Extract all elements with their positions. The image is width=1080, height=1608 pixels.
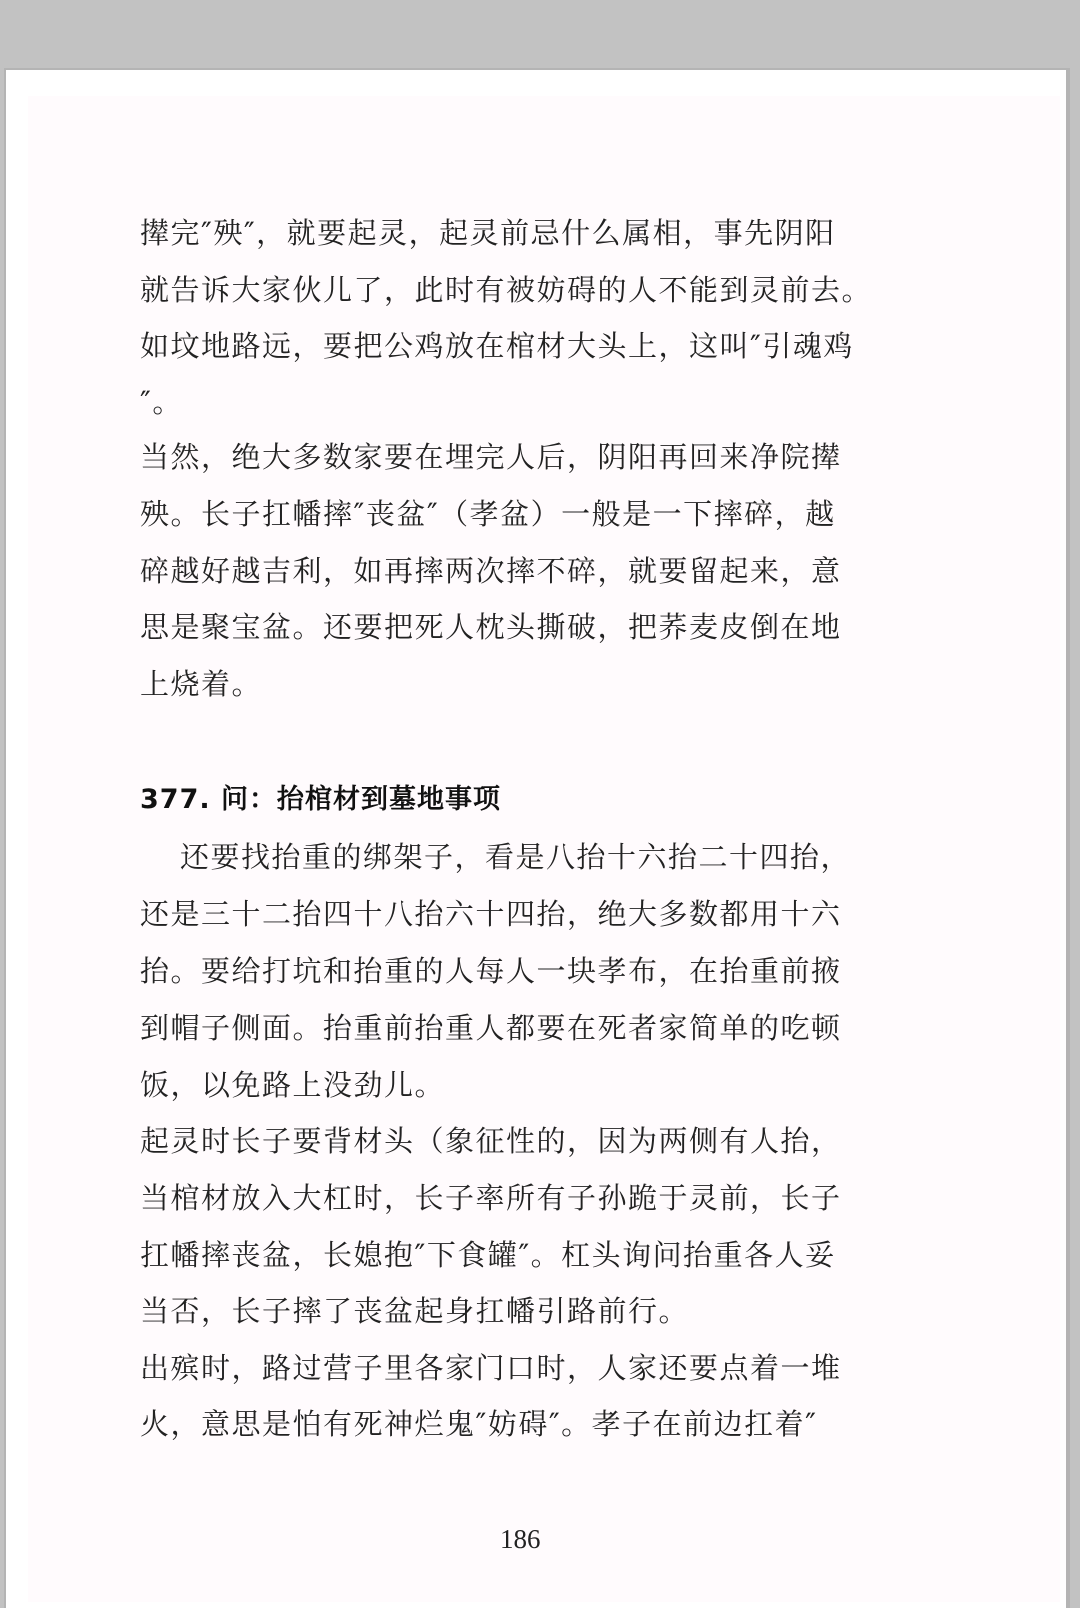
text-line: 撵完″殃″，就要起灵，起灵前忌什么属相，事先阴阳 [140, 213, 836, 253]
page-number: 186 [500, 1524, 600, 1555]
text-line: 饭，以免路上没劲儿。 [140, 1065, 445, 1105]
text-line: 思是聚宝盆。还要把死人枕头撕破，把荞麦皮倒在地 [140, 607, 842, 647]
text-line: 起灵时长子要背材头（象征性的，因为两侧有人抬， [140, 1121, 842, 1161]
text-line: 如坟地路远，要把公鸡放在棺材大头上，这叫″引魂鸡 [140, 326, 854, 366]
text-line: 当棺材放入大杠时，长子率所有子孙跪于灵前，长子 [140, 1178, 842, 1218]
text-line: ″。 [140, 382, 183, 422]
text-line: 当然，绝大多数家要在埋完人后，阴阳再回来净院撵 [140, 437, 842, 477]
text-line: 碎越好越吉利，如再摔两次摔不碎，就要留起来，意 [140, 551, 842, 591]
text-line: 出殡时，路过营子里各家门口时，人家还要点着一堆 [140, 1348, 842, 1388]
text-line: 火，意思是怕有死神烂鬼″妨碍″。孝子在前边扛着″ [140, 1404, 818, 1444]
text-line: 当否，长子摔了丧盆起身扛幡引路前行。 [140, 1291, 689, 1331]
text-line: 抬。要给打坑和抬重的人每人一块孝布，在抬重前掖 [140, 951, 842, 991]
section-heading: 377. 问：抬棺材到墓地事项 [140, 780, 501, 820]
text-line: 还是三十二抬四十八抬六十四抬，绝大多数都用十六 [140, 894, 842, 934]
text-line: 殃。长子扛幡摔″丧盆″（孝盆）一般是一下摔碎，越 [140, 494, 836, 534]
text-line: 还要找抬重的绑架子，看是八抬十六抬二十四抬， [180, 837, 851, 877]
text-line: 到帽子侧面。抬重前抬重人都要在死者家简单的吃顿 [140, 1008, 842, 1048]
text-line: 扛幡摔丧盆，长媳抱″下食罐″。杠头询问抬重各人妥 [140, 1235, 836, 1275]
text-line: 上烧着。 [140, 664, 262, 704]
text-line: 就告诉大家伙儿了，此时有被妨碍的人不能到灵前去。 [140, 270, 872, 310]
